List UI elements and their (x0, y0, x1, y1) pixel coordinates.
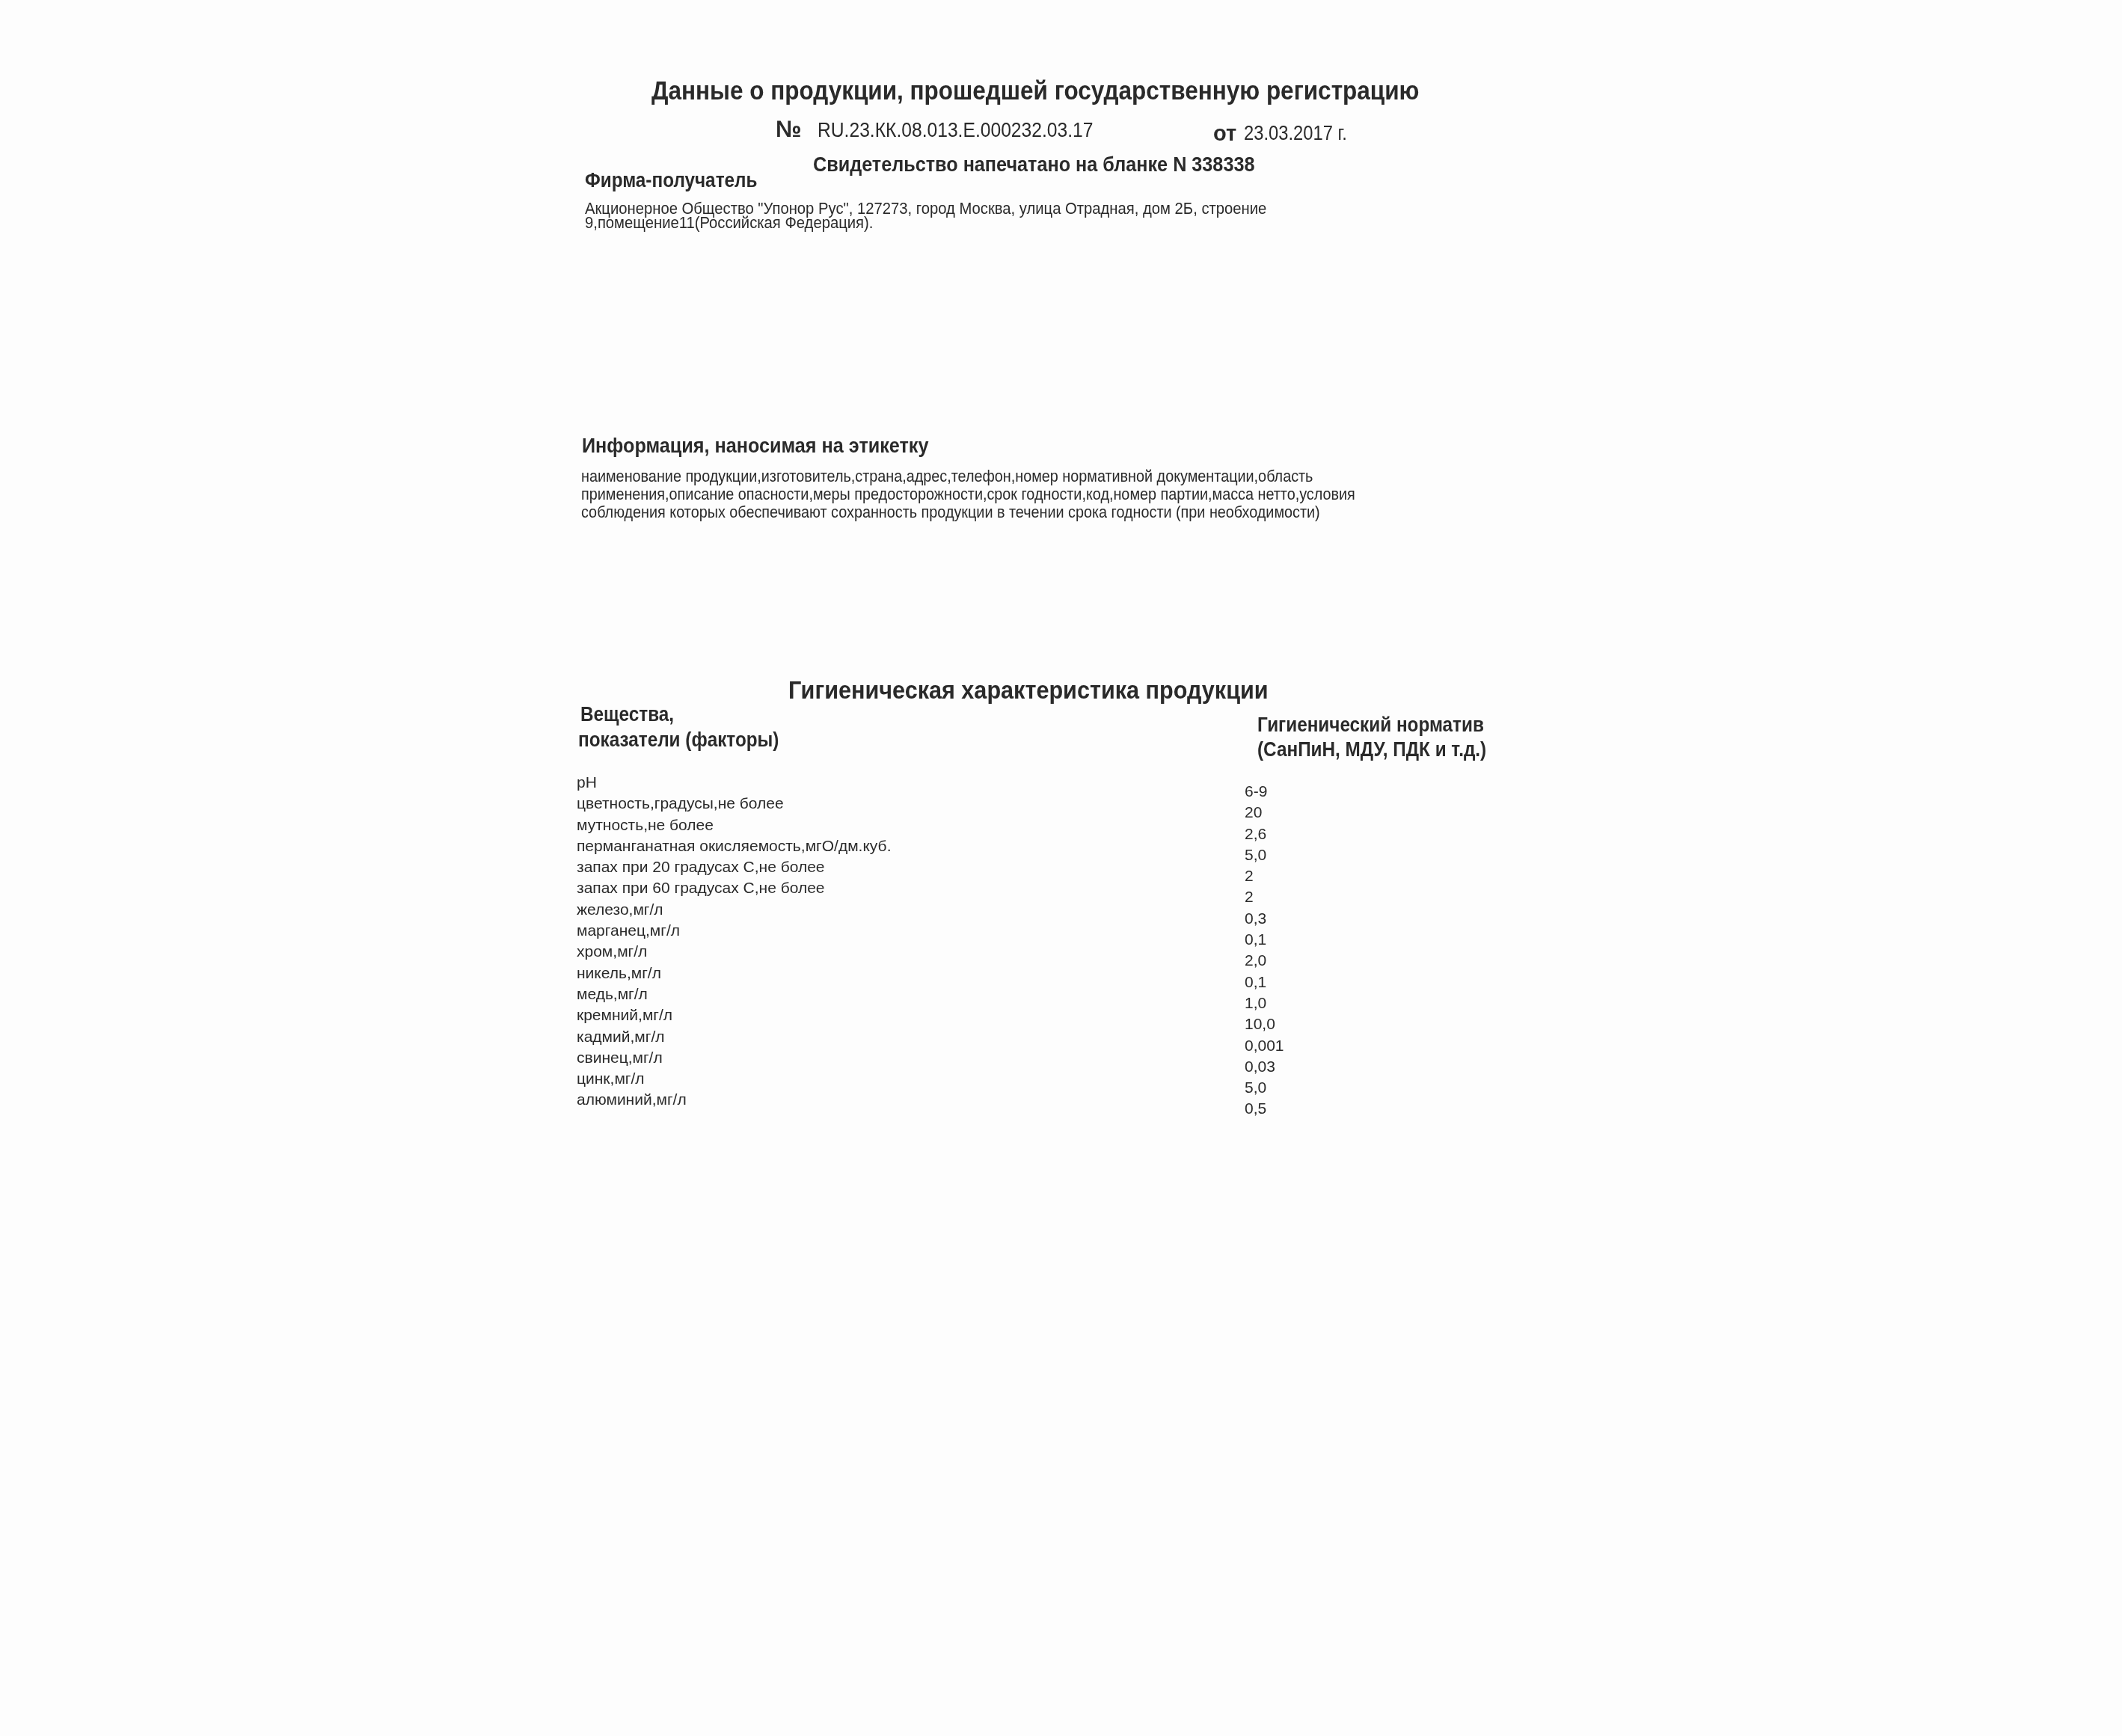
substance-cell: железо,мг/л (577, 900, 891, 921)
norm-cell: 0,5 (1245, 1099, 1284, 1120)
norm-cell: 0,1 (1245, 972, 1284, 993)
substance-cell: алюминий,мг/л (577, 1090, 891, 1111)
norm-cell: 6-9 (1245, 782, 1284, 803)
substance-cell: цинк,мг/л (577, 1069, 891, 1090)
substances-column-header: Вещества, (580, 703, 674, 726)
label-info-line: применения,описание опасности,меры предо… (581, 485, 1355, 504)
norm-cell: 5,0 (1245, 1078, 1284, 1099)
substance-cell: pH (577, 773, 891, 794)
recipient-heading: Фирма-получатель (585, 169, 757, 192)
document-title: Данные о продукции, прошедшей государств… (651, 76, 1419, 106)
norm-cell: 0,1 (1245, 930, 1284, 951)
norm-cell: 2 (1245, 887, 1284, 908)
label-info-line: соблюдения которых обеспечивают сохранно… (581, 503, 1320, 522)
norm-cell: 0,001 (1245, 1036, 1284, 1057)
substance-cell: запах при 20 градусах С,не более (577, 857, 891, 878)
label-info-line: наименование продукции,изготовитель,стра… (581, 467, 1313, 486)
norm-cell: 2,0 (1245, 951, 1284, 972)
registration-number: RU.23.КК.08.013.Е.000232.03.17 (818, 118, 1093, 142)
substance-cell: кремний,мг/л (577, 1005, 891, 1026)
substance-cell: свинец,мг/л (577, 1048, 891, 1069)
norm-cell: 1,0 (1245, 993, 1284, 1014)
substance-cell: марганец,мг/л (577, 921, 891, 942)
registration-date: 23.03.2017 г. (1244, 122, 1347, 145)
norm-cell: 0,03 (1245, 1057, 1284, 1078)
norm-cell: 5,0 (1245, 845, 1284, 866)
substance-cell: никель,мг/л (577, 963, 891, 984)
substance-cell: запах при 60 градусах С,не более (577, 878, 891, 899)
substance-cell: медь,мг/л (577, 984, 891, 1005)
norm-cell: 2 (1245, 866, 1284, 887)
blank-note: Свидетельство напечатано на бланке N 338… (813, 153, 1254, 177)
norm-cell: 2,6 (1245, 824, 1284, 845)
recipient-address-line: 9,помещение11(Российская Федерация). (585, 213, 873, 233)
norm-column-header: (СанПиН, МДУ, ПДК и т.д.) (1257, 738, 1486, 761)
substances-column-header: показатели (факторы) (578, 729, 779, 752)
substance-cell: мутность,не более (577, 815, 891, 836)
norm-column-header: Гигиенический норматив (1257, 714, 1484, 737)
number-sign: № (776, 116, 802, 143)
norm-cell: 0,3 (1245, 909, 1284, 930)
substances-list: pHцветность,градусы,не болеемутность,не … (577, 773, 891, 1111)
substance-cell: кадмий,мг/л (577, 1027, 891, 1048)
date-from-label: от (1213, 122, 1236, 147)
substance-cell: цветность,градусы,не более (577, 794, 891, 815)
norm-cell: 10,0 (1245, 1014, 1284, 1035)
norms-list: 6-9202,65,0220,30,12,00,11,010,00,0010,0… (1245, 782, 1284, 1120)
label-info-heading: Информация, наносимая на этикетку (582, 434, 929, 458)
substance-cell: перманганатная окисляемость,мгО/дм.куб. (577, 836, 891, 857)
hygiene-title: Гигиеническая характеристика продукции (788, 676, 1269, 705)
norm-cell: 20 (1245, 803, 1284, 823)
substance-cell: хром,мг/л (577, 942, 891, 963)
